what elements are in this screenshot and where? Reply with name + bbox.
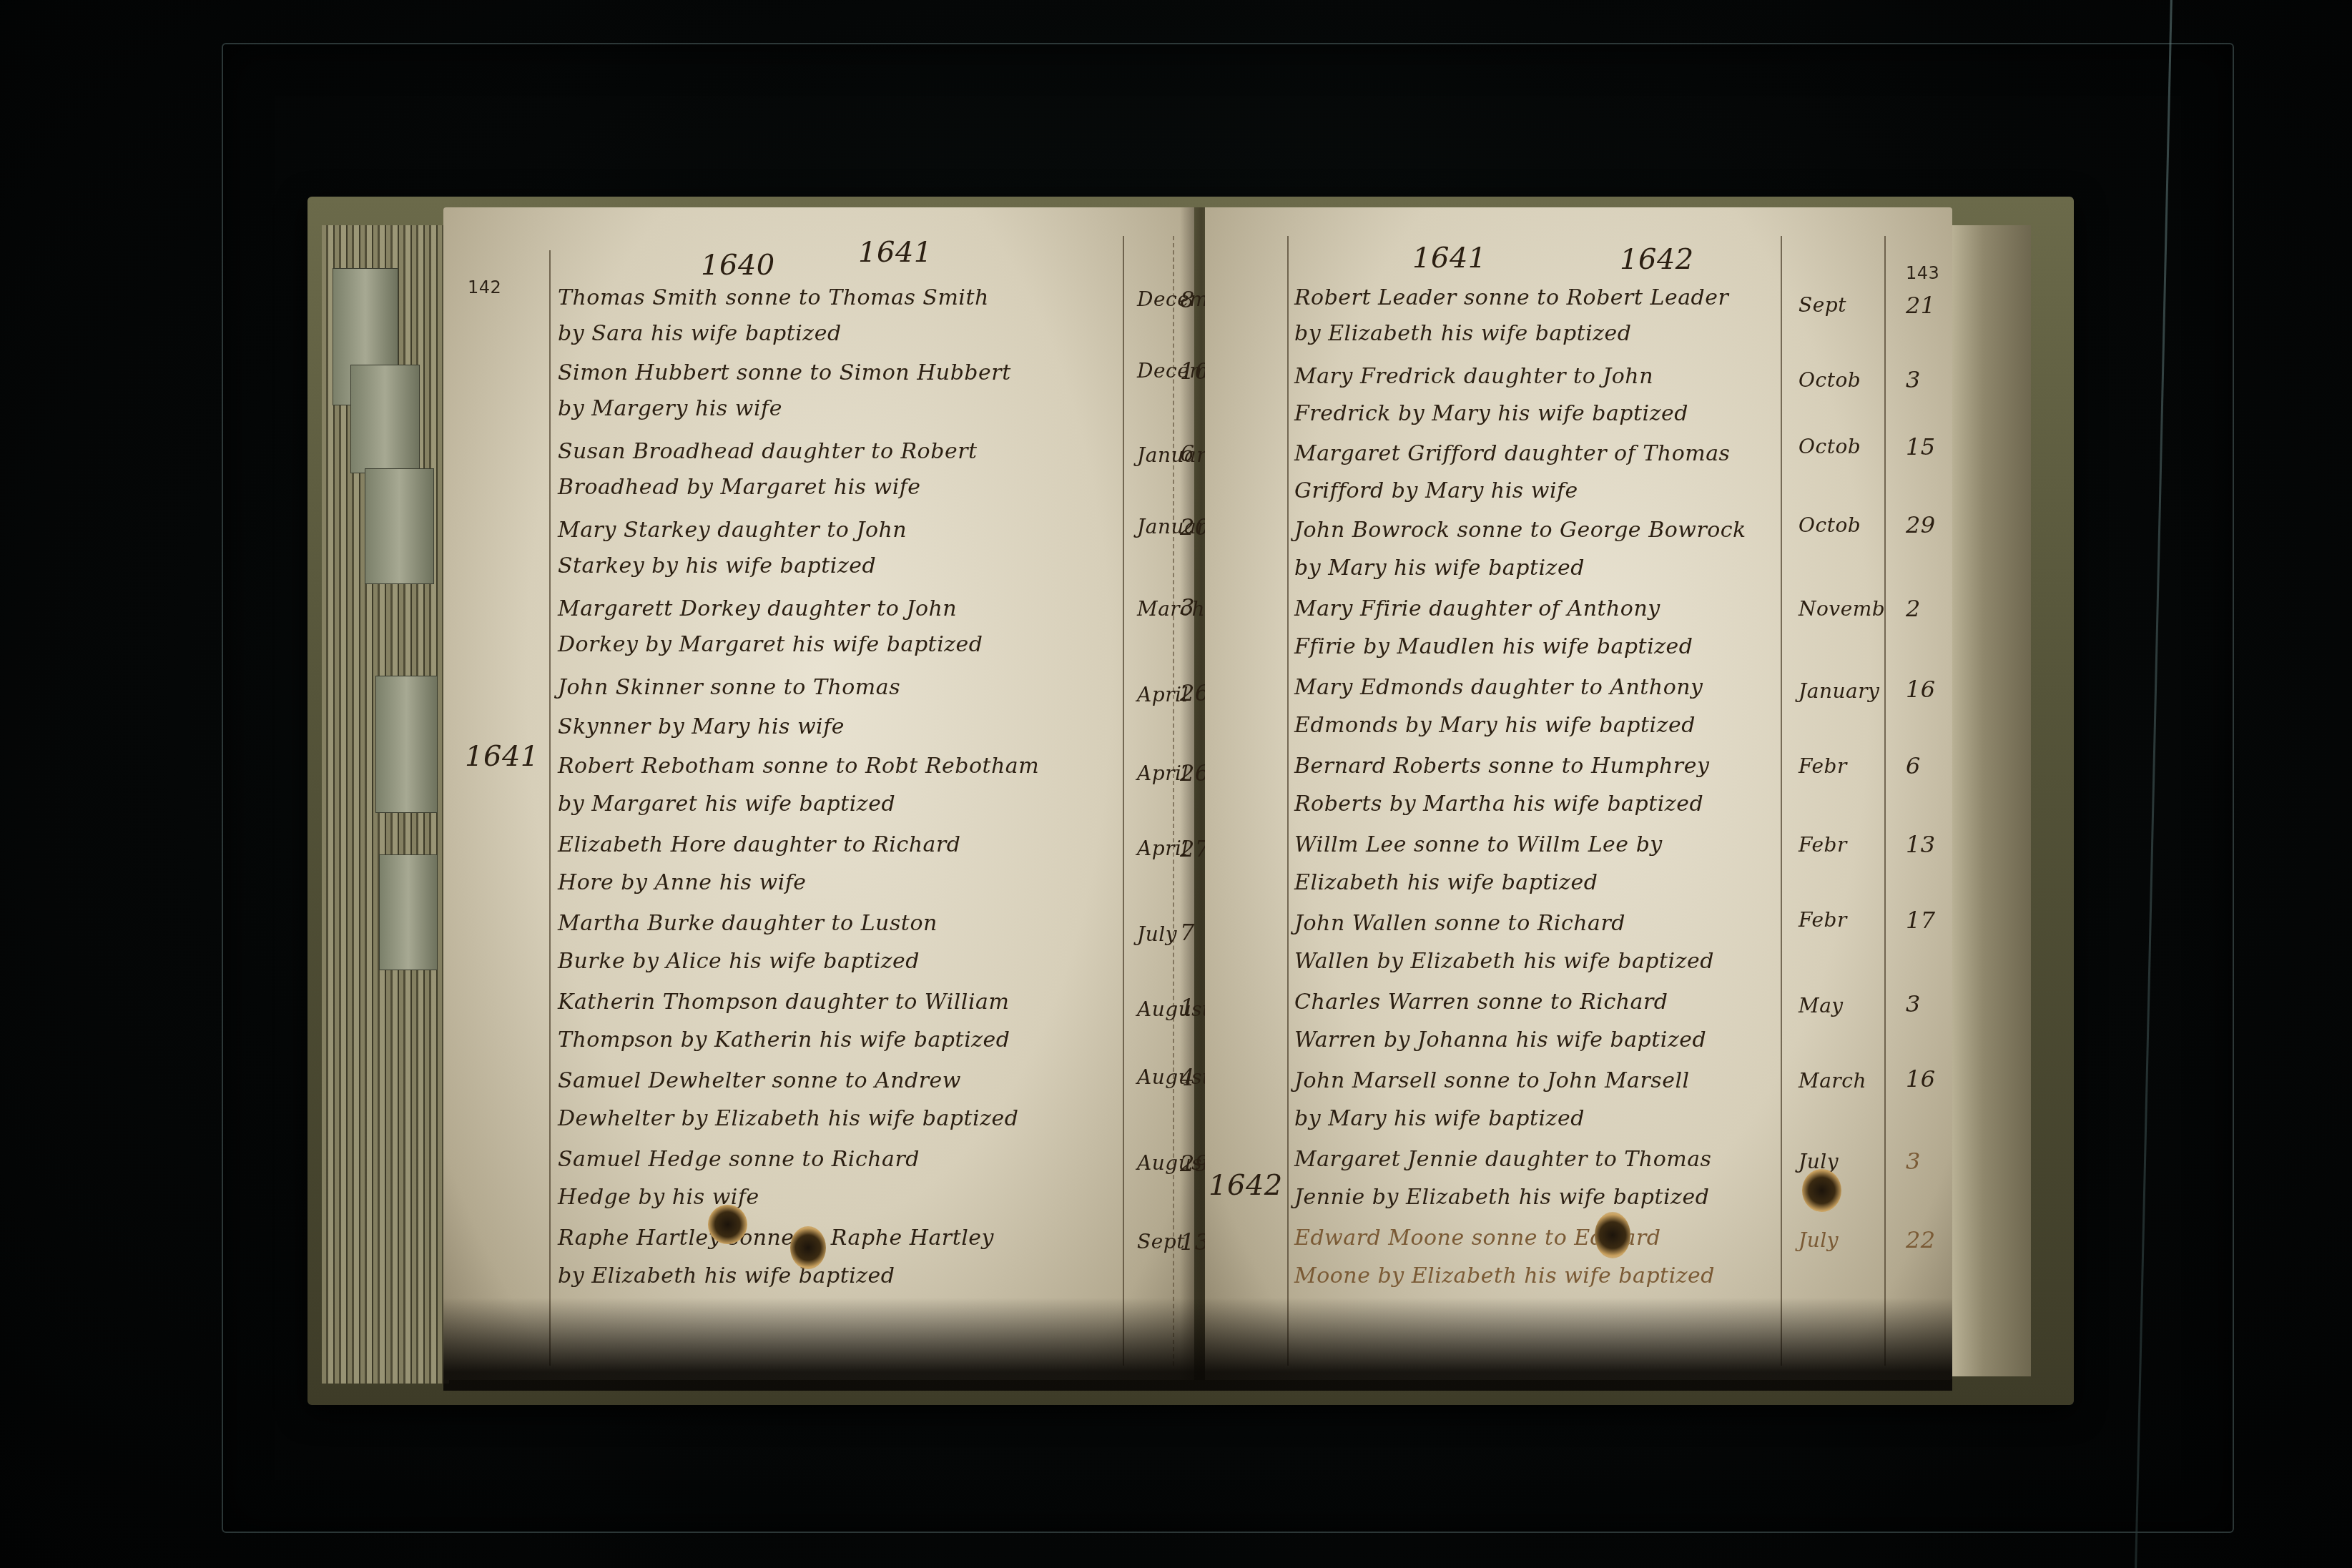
year-header: 1642 bbox=[1620, 243, 1694, 276]
margin-year: 1642 bbox=[1209, 1169, 1283, 1202]
register-book: 142 1640 1641 1641 Thomas Smith sonne to… bbox=[307, 182, 2074, 1412]
margin-rule bbox=[549, 250, 551, 1366]
page-number: 142 bbox=[468, 277, 501, 297]
page-tab bbox=[379, 854, 438, 970]
page-tab bbox=[365, 468, 434, 584]
margin-year: 1641 bbox=[465, 740, 539, 773]
right-page-block bbox=[1952, 225, 2031, 1376]
day-column-rule bbox=[1173, 236, 1174, 1366]
page-bottom-shadow bbox=[443, 1298, 1952, 1391]
page-tab bbox=[350, 365, 420, 473]
left-page: 142 1640 1641 1641 Thomas Smith sonne to… bbox=[443, 207, 1194, 1380]
year-header: 1641 bbox=[1412, 242, 1487, 275]
year-header: 1641 bbox=[858, 236, 933, 269]
ink-blot bbox=[1595, 1212, 1630, 1258]
date-column-rule bbox=[1123, 236, 1124, 1366]
page-tab bbox=[375, 676, 438, 813]
day-column-rule bbox=[1884, 236, 1886, 1366]
ink-blot bbox=[1802, 1169, 1841, 1212]
margin-rule bbox=[1287, 236, 1289, 1366]
right-page: 143 1641 1642 1642 Robert Leader sonne t… bbox=[1205, 207, 1952, 1380]
page-number: 143 bbox=[1906, 263, 1939, 283]
date-column-rule bbox=[1781, 236, 1782, 1366]
ink-blot bbox=[790, 1226, 826, 1269]
year-header: 1640 bbox=[701, 249, 775, 282]
ink-blot bbox=[708, 1205, 747, 1244]
